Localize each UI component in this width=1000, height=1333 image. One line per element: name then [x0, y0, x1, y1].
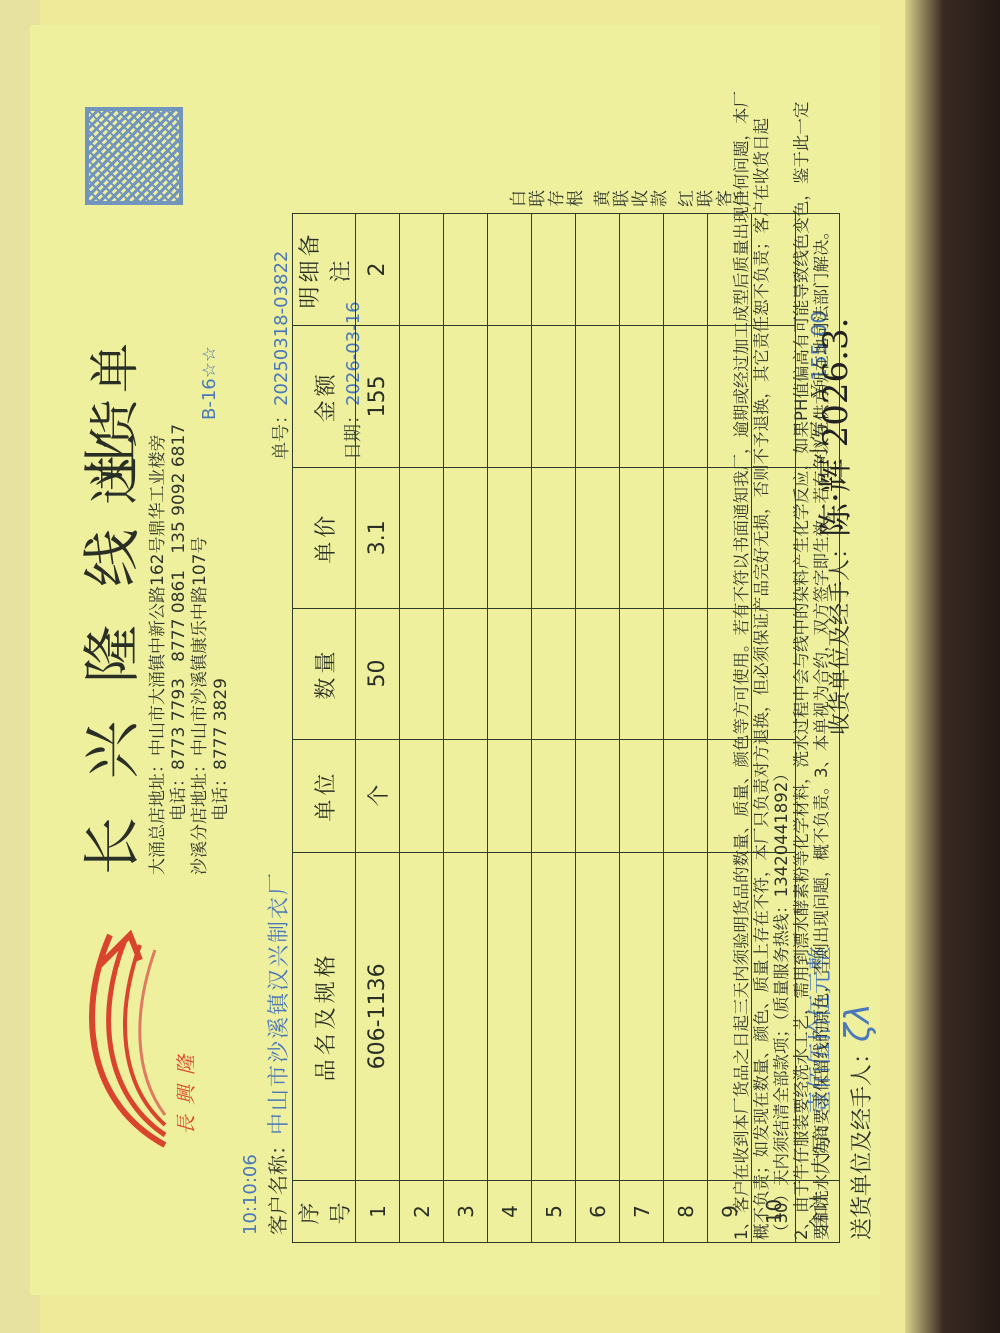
receiver-signature-block: 收货单位及经手人：陈·辉 2026.3. [808, 318, 857, 735]
header-name: 品名及规格 [293, 852, 356, 1180]
logo-text: 長興隆 [170, 1045, 199, 1135]
customer-label: 客户名称： [262, 1135, 291, 1235]
phone-branch: 电话：8777 3829 [211, 424, 232, 875]
header-no: 序号 [293, 1181, 356, 1243]
table-row: 7 [620, 214, 664, 1243]
row-no: 2 [400, 1181, 444, 1243]
document-title: 送货单 [75, 337, 147, 505]
print-time: 10:10:06 [240, 1154, 261, 1235]
row-note: 2 [356, 214, 400, 326]
customer-name: 中山市沙溪镇汉兴制衣厂 [262, 871, 293, 1135]
table-row: 5 [532, 214, 576, 1243]
row-amount: 155 [356, 325, 400, 467]
row-no: 8 [664, 1181, 708, 1243]
delivery-note: 長興隆 长兴隆线业 送货单 大涌总店地址：中山市大涌镇中新公路162号鼎华工业楼… [30, 25, 880, 1295]
phone-main: 电话：8773 7793 8777 0861 135 9092 6817 [169, 424, 190, 875]
row-no: 7 [620, 1181, 664, 1243]
sender-signature-block: 送货单位及经手人：ζλ [838, 1003, 878, 1240]
row-no: 1 [356, 1181, 400, 1243]
form-code: B-16☆☆ [198, 251, 222, 460]
row-no: 5 [532, 1181, 576, 1243]
address-branch: 沙溪分店地址：中山市沙溪镇康乐中路107号 [190, 424, 211, 875]
brand-logo-icon [70, 925, 180, 1165]
order-no: 20250318-03822 [271, 251, 292, 406]
copy-yellow: 黄联收款 [594, 185, 670, 207]
row-unit: 个 [356, 739, 400, 852]
copy-white: 白联存根 [510, 185, 586, 207]
table-row: 4 [488, 214, 532, 1243]
sender-signature: ζλ [838, 1003, 878, 1042]
header-unit: 单位 [293, 739, 356, 852]
row-no: 3 [444, 1181, 488, 1243]
receiver-label: 收货单位及经手人： [828, 537, 853, 735]
header-amount: 金额 [293, 325, 356, 467]
address-block: 大涌总店地址：中山市大涌镇中新公路162号鼎华工业楼旁 电话：8773 7793… [148, 424, 232, 875]
row-no: 6 [576, 1181, 620, 1243]
address-main: 大涌总店地址：中山市大涌镇中新公路162号鼎华工业楼旁 [148, 424, 169, 875]
table-row: 2 [400, 214, 444, 1243]
receiver-signature: 陈·辉 2026.3. [816, 318, 856, 537]
table-row: 1606-1136个503.11552 [356, 214, 400, 1243]
copy-labels: 白联存根 黄联收款 红联客户 [510, 185, 754, 207]
table-row: 3 [444, 214, 488, 1243]
qr-code-icon [85, 107, 183, 205]
row-name: 606-1136 [356, 852, 400, 1180]
header-price: 单价 [293, 467, 356, 608]
table-row: 8 [664, 214, 708, 1243]
row-qty: 50 [356, 608, 400, 739]
header-qty: 数量 [293, 608, 356, 739]
table-row: 6 [576, 214, 620, 1243]
desk-surface [905, 0, 1000, 1333]
row-no: 4 [488, 1181, 532, 1243]
sender-label: 送货单位及经手人： [850, 1042, 875, 1240]
note-1: 1、客户在收到本厂货品之日起三天内须验明货品的数量、质量、颜色等方可使用。若有不… [732, 90, 792, 1240]
row-price: 3.1 [356, 467, 400, 608]
order-no-label: 单号： [271, 406, 292, 460]
header-note: 明细备注 [293, 214, 356, 326]
table-header: 序号 品名及规格 单位 数量 单价 金额 明细备注 [293, 214, 356, 1243]
